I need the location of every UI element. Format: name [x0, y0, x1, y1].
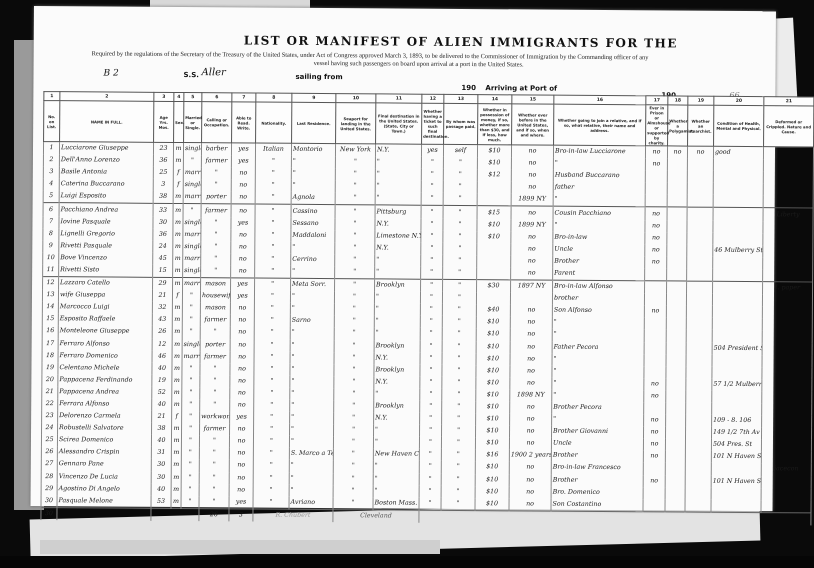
join-relative: " — [552, 365, 644, 378]
ticket: " — [421, 206, 443, 219]
polygamist — [667, 171, 687, 183]
occupation: " — [200, 387, 230, 399]
prison: no — [643, 426, 665, 438]
before-in-us: no — [510, 305, 552, 317]
ticket: " — [421, 157, 443, 169]
before-in-us: no — [510, 401, 552, 413]
seaport: " — [334, 340, 374, 352]
header-age: Age Yrs. Mos. — [154, 101, 174, 142]
passage-paid: " — [442, 340, 476, 352]
join-relative: Son Costantino — [551, 498, 643, 511]
seaport: " — [334, 315, 374, 327]
occupation: " — [199, 448, 229, 460]
passenger-name: Bove Vincenzo — [59, 252, 153, 265]
read-write: yes — [231, 143, 255, 156]
money: $15 — [477, 206, 511, 219]
prison — [643, 499, 665, 512]
health — [712, 294, 762, 306]
age: 19 — [152, 375, 172, 387]
join-relative: Brother — [551, 450, 643, 463]
col-num: 4 — [174, 92, 184, 101]
seaport: " — [335, 180, 375, 192]
read-write: no — [230, 327, 254, 339]
prison: no — [643, 439, 665, 451]
polygamist — [667, 195, 687, 208]
ticket: " — [421, 267, 443, 280]
deformed — [763, 269, 813, 282]
passage-paid: " — [443, 243, 477, 255]
row-number: 1 — [43, 142, 59, 155]
manifest-table: 1 2 3 4 5 6 7 8 9 10 11 12 13 14 15 16 1… — [40, 91, 814, 525]
header-deformed: Deformed or Crippled. Nature and Cause. — [764, 106, 814, 147]
row-number: 22 — [42, 398, 58, 410]
row-number: 7 — [43, 216, 59, 228]
marital-status: single — [183, 241, 201, 253]
polygamist — [665, 487, 685, 499]
age: 38 — [152, 423, 172, 435]
prison: no — [645, 220, 667, 232]
read-write: yes — [230, 291, 254, 303]
ticket: " — [420, 316, 442, 328]
money: $10 — [477, 231, 511, 243]
occupation: " — [199, 496, 229, 509]
seaport: " — [335, 205, 375, 218]
read-write: no — [231, 192, 255, 205]
header-seaport: Seaport for landing in the United States… — [336, 103, 376, 144]
nationality: " — [253, 436, 289, 448]
sex: m — [173, 217, 183, 229]
arriving-label: Arriving at Port of — [485, 84, 557, 93]
year-1: 190 — [461, 83, 476, 92]
passage-paid: " — [442, 352, 476, 364]
passage-paid: " — [441, 449, 475, 461]
final-destination: Boston Mass. — [373, 497, 419, 510]
final-destination: N.Y. — [374, 352, 420, 364]
prison — [645, 268, 667, 281]
before-in-us: no — [510, 365, 552, 377]
polygamist — [665, 463, 685, 475]
age: 24 — [153, 241, 173, 253]
money — [477, 267, 511, 280]
passage-paid: " — [443, 231, 477, 243]
passage-paid: " — [441, 498, 475, 511]
money: $10 — [477, 219, 511, 231]
age: 30 — [153, 216, 173, 228]
nationality: Italian — [255, 143, 291, 156]
age: 40 — [152, 363, 172, 375]
anarchist — [687, 256, 713, 268]
sex: m — [172, 375, 182, 387]
health — [712, 403, 762, 415]
last-residence: " — [289, 436, 333, 448]
deformed: I. paper — [763, 282, 813, 295]
occupation: " — [201, 253, 231, 265]
row-number: 25 — [41, 434, 57, 446]
deformed — [763, 245, 813, 257]
passage-paid: " — [441, 461, 475, 473]
join-relative: Son Alfonso — [552, 305, 644, 318]
row-number: 23 — [42, 410, 58, 422]
seaport: " — [334, 412, 374, 424]
passage-paid: " — [442, 316, 476, 328]
col-num: 13 — [444, 94, 478, 103]
ticket: " — [421, 218, 443, 230]
col-num: 19 — [688, 96, 714, 105]
seaport: " — [333, 448, 373, 460]
marital-status: single — [183, 179, 201, 191]
last-residence: Sessano — [291, 217, 335, 229]
polygamist — [665, 427, 685, 439]
age: 38 — [153, 191, 173, 204]
last-residence: " — [291, 156, 335, 168]
final-destination: N.Y. — [375, 218, 421, 230]
join-relative: " — [552, 377, 644, 390]
deformed — [761, 427, 811, 439]
last-residence: " — [290, 412, 334, 424]
passenger-name: Iovine Pasquale — [59, 216, 153, 229]
health — [713, 257, 763, 269]
passage-paid: " — [441, 485, 475, 497]
passage-paid: " — [443, 267, 477, 280]
header-health: Condition of Health, Mental and Physical… — [714, 105, 764, 146]
prison: no — [645, 207, 667, 220]
health: good — [713, 146, 763, 159]
passage-paid: " — [442, 328, 476, 340]
blank — [57, 507, 151, 520]
seaport: " — [333, 461, 373, 473]
before-in-us: no — [511, 157, 553, 169]
blank — [151, 508, 199, 521]
read-write: no — [230, 315, 254, 327]
ss-prefix: S.S. — [183, 71, 198, 79]
passenger-name: Pacchiano Andrea — [59, 203, 153, 216]
deformed — [762, 415, 812, 427]
ticket: " — [421, 255, 443, 267]
seaport: " — [334, 376, 374, 388]
marital-status: " — [181, 484, 199, 496]
final-destination: Brooklyn — [374, 400, 420, 412]
row-number: 17 — [42, 338, 58, 350]
row-number: 21 — [42, 386, 58, 398]
manifest-rows: 1Lucciarone Giuseppe23msinglebarberyesIt… — [41, 142, 814, 513]
health — [712, 330, 762, 342]
col-num: 17 — [646, 96, 668, 105]
marital-status: " — [181, 435, 199, 447]
age: 29 — [153, 277, 173, 290]
prison — [645, 195, 667, 208]
nationality: " — [255, 229, 291, 241]
anarchist — [687, 269, 713, 282]
row-number: 10 — [43, 252, 59, 264]
seaport: " — [335, 156, 375, 168]
age: 45 — [153, 253, 173, 265]
passenger-name: Celentano Michele — [58, 362, 152, 375]
occupation: " — [200, 327, 230, 339]
passage-paid: " — [441, 473, 475, 485]
polygamist — [665, 499, 685, 512]
deformed — [762, 343, 812, 355]
col-num: 6 — [202, 93, 232, 102]
ticket: " — [419, 473, 441, 485]
sex: m — [172, 399, 182, 411]
read-write: no — [231, 229, 255, 241]
prison — [644, 318, 666, 330]
last-residence: " — [289, 472, 333, 484]
seaport: " — [333, 485, 373, 497]
row-number: 16 — [42, 325, 58, 337]
age: 36 — [153, 155, 173, 167]
final-destination: " — [374, 328, 420, 340]
before-in-us: no — [509, 474, 551, 486]
before-in-us: no — [511, 145, 553, 158]
ticket: " — [420, 425, 442, 437]
passenger-name: Lignelli Gregorio — [59, 228, 153, 241]
last-residence: " — [290, 424, 334, 436]
marital-status: " — [181, 459, 199, 471]
passage-paid: self — [443, 144, 477, 157]
anarchist — [686, 294, 712, 306]
row-number: 26 — [41, 446, 57, 458]
row-number: 18 — [42, 350, 58, 362]
passage-paid: " — [442, 365, 476, 377]
age: 3 — [153, 179, 173, 191]
join-relative: Uncle — [551, 438, 643, 451]
health — [712, 366, 762, 378]
sex: m — [171, 496, 181, 509]
join-relative: " — [553, 158, 645, 171]
anarchist — [685, 451, 711, 463]
age: 32 — [152, 302, 172, 314]
anarchist — [686, 390, 712, 402]
age: 25 — [153, 167, 173, 179]
seaport: " — [334, 303, 374, 315]
money: $10 — [475, 486, 509, 498]
seaport: " — [333, 436, 373, 448]
passage-paid: " — [443, 206, 477, 219]
passage-paid: " — [443, 169, 477, 181]
deformed — [762, 379, 812, 391]
sex: m — [173, 142, 183, 155]
last-residence: " — [289, 484, 333, 496]
polygamist: no — [667, 146, 687, 159]
anarchist — [687, 171, 713, 183]
col-num: 3 — [154, 92, 174, 101]
health — [713, 232, 763, 244]
anarchist — [687, 208, 713, 221]
prison: no — [645, 146, 667, 159]
deformed — [763, 257, 813, 269]
row-number: 28 — [41, 471, 57, 483]
deformed — [762, 306, 812, 318]
polygamist — [666, 330, 686, 342]
prison — [645, 281, 667, 294]
header-nationality: Nationality. — [256, 102, 292, 143]
ticket: " — [419, 461, 441, 473]
passenger-name: Ferraro Domenico — [58, 350, 152, 363]
read-write: yes — [231, 278, 255, 291]
age: 52 — [152, 387, 172, 399]
passage-paid: " — [443, 157, 477, 169]
last-residence: " — [291, 242, 335, 254]
join-relative: brother — [552, 293, 644, 306]
occupation: " — [201, 229, 231, 241]
final-destination: Pittsburg — [375, 205, 421, 218]
passage-paid: " — [442, 377, 476, 389]
join-relative: Bro. Domenico — [551, 486, 643, 499]
nationality: " — [254, 339, 290, 351]
before-in-us: no — [510, 317, 552, 329]
final-destination: " — [374, 388, 420, 400]
before-in-us: no — [511, 267, 553, 280]
join-relative: Uncle — [553, 243, 645, 256]
occupation: barber — [201, 143, 231, 156]
passenger-name: Agostino Di Angelo — [57, 483, 151, 496]
sex: m — [173, 265, 183, 278]
deformed — [761, 500, 811, 513]
anarchist — [686, 318, 712, 330]
deformed — [763, 183, 813, 195]
deformed: Liberty — [763, 208, 813, 221]
before-in-us: no — [509, 425, 551, 437]
join-relative: " — [552, 414, 644, 427]
ticket: " — [419, 437, 441, 449]
seaport: " — [333, 473, 373, 485]
final-destination: N.Y. — [375, 144, 421, 157]
passenger-name: Robustelli Salvatore — [58, 422, 152, 435]
tally-1: 26 — [199, 508, 229, 521]
sex: m — [172, 387, 182, 399]
polygamist — [666, 342, 686, 354]
final-destination: " — [375, 254, 421, 266]
read-write: yes — [231, 217, 255, 229]
final-destination: N.Y. — [375, 242, 421, 254]
marital-status: married — [182, 351, 200, 363]
marital-status: " — [182, 326, 200, 338]
before-in-us: no — [511, 206, 553, 219]
passenger-name: Marcocco Luigi — [58, 301, 152, 314]
anarchist — [686, 378, 712, 390]
polygamist — [666, 378, 686, 390]
before-in-us: no — [511, 170, 553, 182]
passenger-name: Rivetti Sisto — [59, 264, 153, 277]
nationality: " — [255, 168, 291, 180]
marital-status: " — [182, 387, 200, 399]
join-relative: Cousin Pacchiano — [553, 207, 645, 220]
passenger-name: Pappacena Andrea — [58, 386, 152, 399]
read-write: no — [230, 387, 254, 399]
row-number: 9 — [43, 240, 59, 252]
tally-2: 3 — [229, 509, 253, 522]
health: 101 N Haven St — [711, 475, 761, 487]
sex: m — [171, 472, 181, 484]
anarchist — [686, 342, 712, 354]
money: $16 — [475, 449, 509, 461]
final-destination: " — [374, 425, 420, 437]
deformed — [762, 318, 812, 330]
anarchist — [686, 403, 712, 415]
seaport: " — [335, 266, 375, 279]
marital-status: married — [183, 278, 201, 291]
last-residence: " — [290, 363, 334, 375]
health — [712, 306, 762, 318]
row-number: 27 — [41, 458, 57, 470]
deformed — [762, 367, 812, 379]
final-destination: " — [374, 292, 420, 304]
passage-paid: " — [441, 437, 475, 449]
read-write: no — [230, 375, 254, 387]
prison — [644, 342, 666, 354]
ticket: " — [420, 364, 442, 376]
header-last-residence: Last Residence. — [292, 102, 336, 143]
marital-status: single — [183, 143, 201, 156]
read-write: yes — [231, 155, 255, 167]
nationality: " — [253, 472, 289, 484]
occupation: porter — [200, 339, 230, 351]
occupation: " — [199, 484, 229, 496]
money: $10 — [476, 329, 510, 341]
nationality: " — [254, 315, 290, 327]
passage-paid: " — [443, 279, 477, 292]
header-occupation: Calling or Occupation. — [202, 102, 232, 143]
passenger-name: Lucciarone Giuseppe — [59, 142, 153, 155]
seaport: " — [335, 254, 375, 266]
age: 53 — [151, 496, 171, 509]
nationality: " — [255, 156, 291, 168]
ticket: " — [419, 497, 441, 510]
last-residence: Meta Sorr. — [291, 278, 335, 291]
polygamist — [666, 318, 686, 330]
row-number: 13 — [42, 289, 58, 301]
seaport: " — [335, 230, 375, 242]
marital-status: " — [182, 314, 200, 326]
header-join-relative: Whether going to join a relative, and if… — [554, 104, 646, 146]
read-write: no — [231, 253, 255, 265]
money — [477, 243, 511, 255]
deformed — [761, 451, 811, 463]
nationality: " — [253, 460, 289, 472]
passenger-name: Pappacena Ferdinando — [58, 374, 152, 387]
sex: f — [172, 411, 182, 423]
row-number: 29 — [41, 483, 57, 495]
prison — [644, 402, 666, 414]
occupation: mason — [201, 278, 231, 291]
document-title: LIST OR MANIFEST OF ALIEN IMMIGRANTS FOR… — [244, 33, 678, 50]
passage-paid: " — [443, 218, 477, 230]
read-write: no — [229, 436, 253, 448]
passenger-name: Alessandro Crispin — [57, 447, 151, 460]
list-label: B 2 — [103, 68, 118, 78]
marital-status: married — [183, 167, 201, 179]
age: 26 — [152, 326, 172, 338]
sex: m — [172, 363, 182, 375]
nationality: " — [254, 327, 290, 339]
ticket: " — [420, 340, 442, 352]
health: 109 - 8. 106 — [712, 415, 762, 427]
occupation: " — [199, 472, 229, 484]
prison — [644, 293, 666, 305]
polygamist — [666, 294, 686, 306]
row-number: 2 — [43, 154, 59, 166]
last-residence: " — [289, 460, 333, 472]
nationality: " — [254, 303, 290, 315]
seaport: " — [335, 192, 375, 205]
seaport: " — [334, 291, 374, 303]
nationality: " — [255, 241, 291, 253]
join-relative: " — [552, 389, 644, 402]
row-number: 24 — [42, 422, 58, 434]
col-num: 10 — [336, 94, 376, 103]
col-num: 20 — [714, 96, 764, 105]
